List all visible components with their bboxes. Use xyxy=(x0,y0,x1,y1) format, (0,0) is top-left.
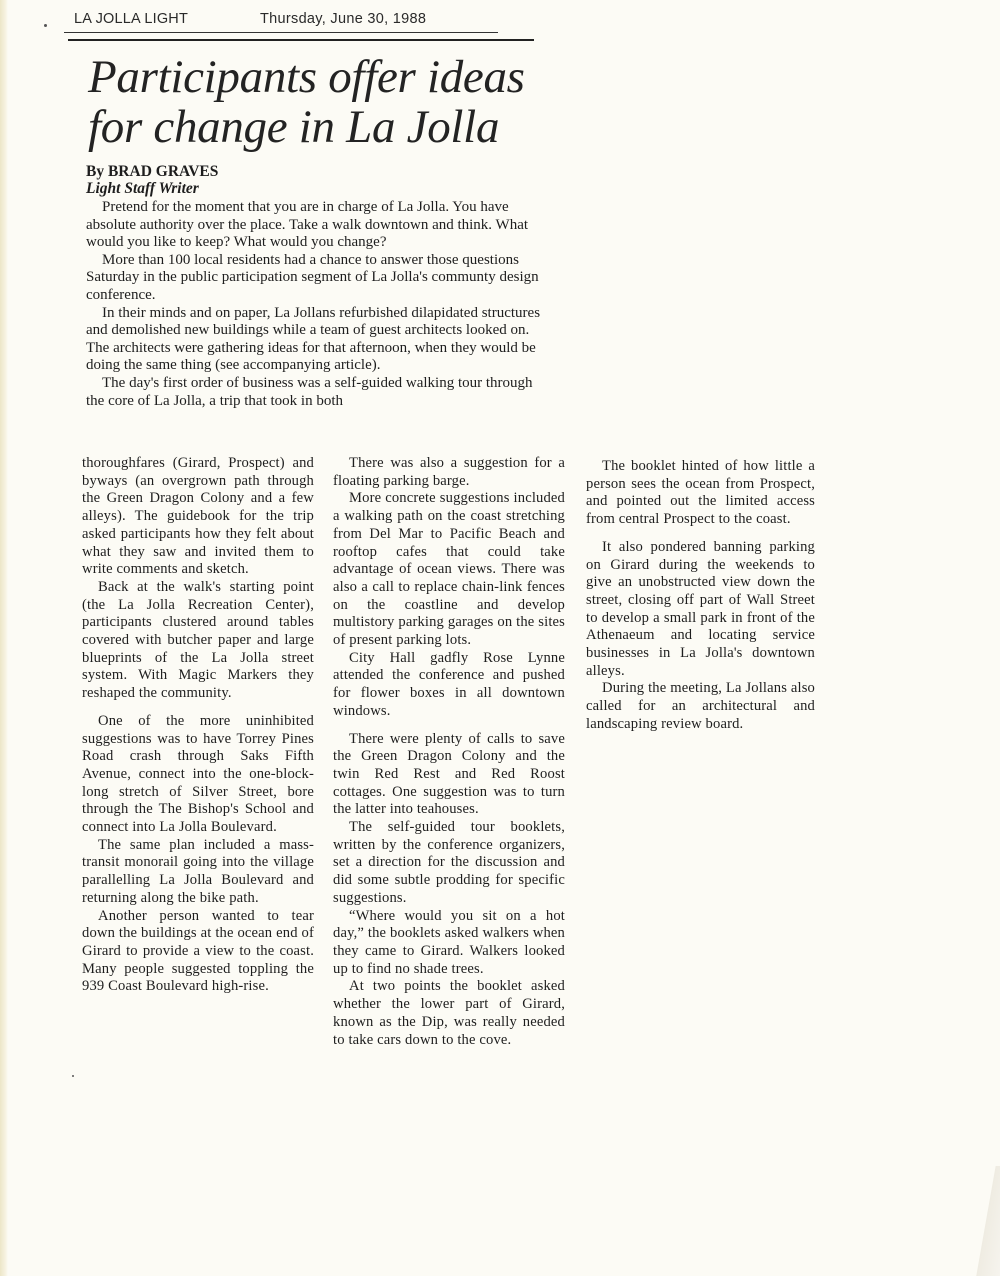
body-paragraph: The same plan included a mass-transit mo… xyxy=(82,837,314,908)
issue-date: Thursday, June 30, 1988 xyxy=(260,11,426,27)
headline-line-1: Participants offer ideas xyxy=(88,52,568,102)
lead-paragraph: In their minds and on paper, La Jollans … xyxy=(86,305,548,375)
body-paragraph: There were plenty of calls to save the G… xyxy=(333,731,565,820)
paragraph-gap xyxy=(586,529,815,539)
body-paragraph: Another person wanted to tear down the b… xyxy=(82,908,314,997)
paragraph-gap xyxy=(333,721,565,731)
scan-speck xyxy=(44,24,47,27)
article-column-3: The booklet hinted of how little a perso… xyxy=(586,458,815,734)
masthead-rule xyxy=(68,39,534,41)
byline-author: By BRAD GRAVES xyxy=(86,163,218,180)
body-paragraph: During the meeting, La Jollans also call… xyxy=(586,680,815,733)
paragraph-gap xyxy=(82,703,314,713)
article-column-2: There was also a suggestion for a floati… xyxy=(333,455,565,1049)
lead-paragraph: More than 100 local residents had a chan… xyxy=(86,252,548,305)
body-paragraph: City Hall gadfly Rose Lynne attended the… xyxy=(333,650,565,721)
body-paragraph: It also pondered banning parking on Gira… xyxy=(586,539,815,681)
paper-corner-fold xyxy=(966,1166,1000,1276)
body-paragraph: The booklet hinted of how little a perso… xyxy=(586,458,815,529)
byline: By BRAD GRAVES Light Staff Writer xyxy=(86,163,218,197)
body-paragraph: Back at the walk's starting point (the L… xyxy=(82,579,314,703)
masthead: LA JOLLA LIGHT Thursday, June 30, 1988 xyxy=(64,10,498,33)
article-column-1: thoroughfares (Girard, Prospect) and byw… xyxy=(82,455,314,996)
byline-role: Light Staff Writer xyxy=(86,180,218,197)
headline-line-2: for change in La Jolla xyxy=(88,102,568,152)
newspaper-name: LA JOLLA LIGHT xyxy=(74,11,188,27)
body-paragraph: There was also a suggestion for a floati… xyxy=(333,455,565,490)
paper-scan-edge xyxy=(0,0,8,1276)
body-paragraph: thoroughfares (Girard, Prospect) and byw… xyxy=(82,455,314,579)
lead-paragraph: Pretend for the moment that you are in c… xyxy=(86,199,548,252)
scan-speck xyxy=(72,1075,74,1077)
body-paragraph: One of the more uninhibited suggestions … xyxy=(82,713,314,837)
body-paragraph: “Where would you sit on a hot day,” the … xyxy=(333,908,565,979)
body-paragraph: At two points the booklet asked whether … xyxy=(333,978,565,1049)
body-paragraph: More concrete suggestions included a wal… xyxy=(333,490,565,649)
body-paragraph: The self-guided tour booklets, written b… xyxy=(333,819,565,908)
lead-section: Pretend for the moment that you are in c… xyxy=(86,199,548,410)
headline: Participants offer ideas for change in L… xyxy=(88,52,568,152)
lead-paragraph: The day's first order of business was a … xyxy=(86,375,548,410)
